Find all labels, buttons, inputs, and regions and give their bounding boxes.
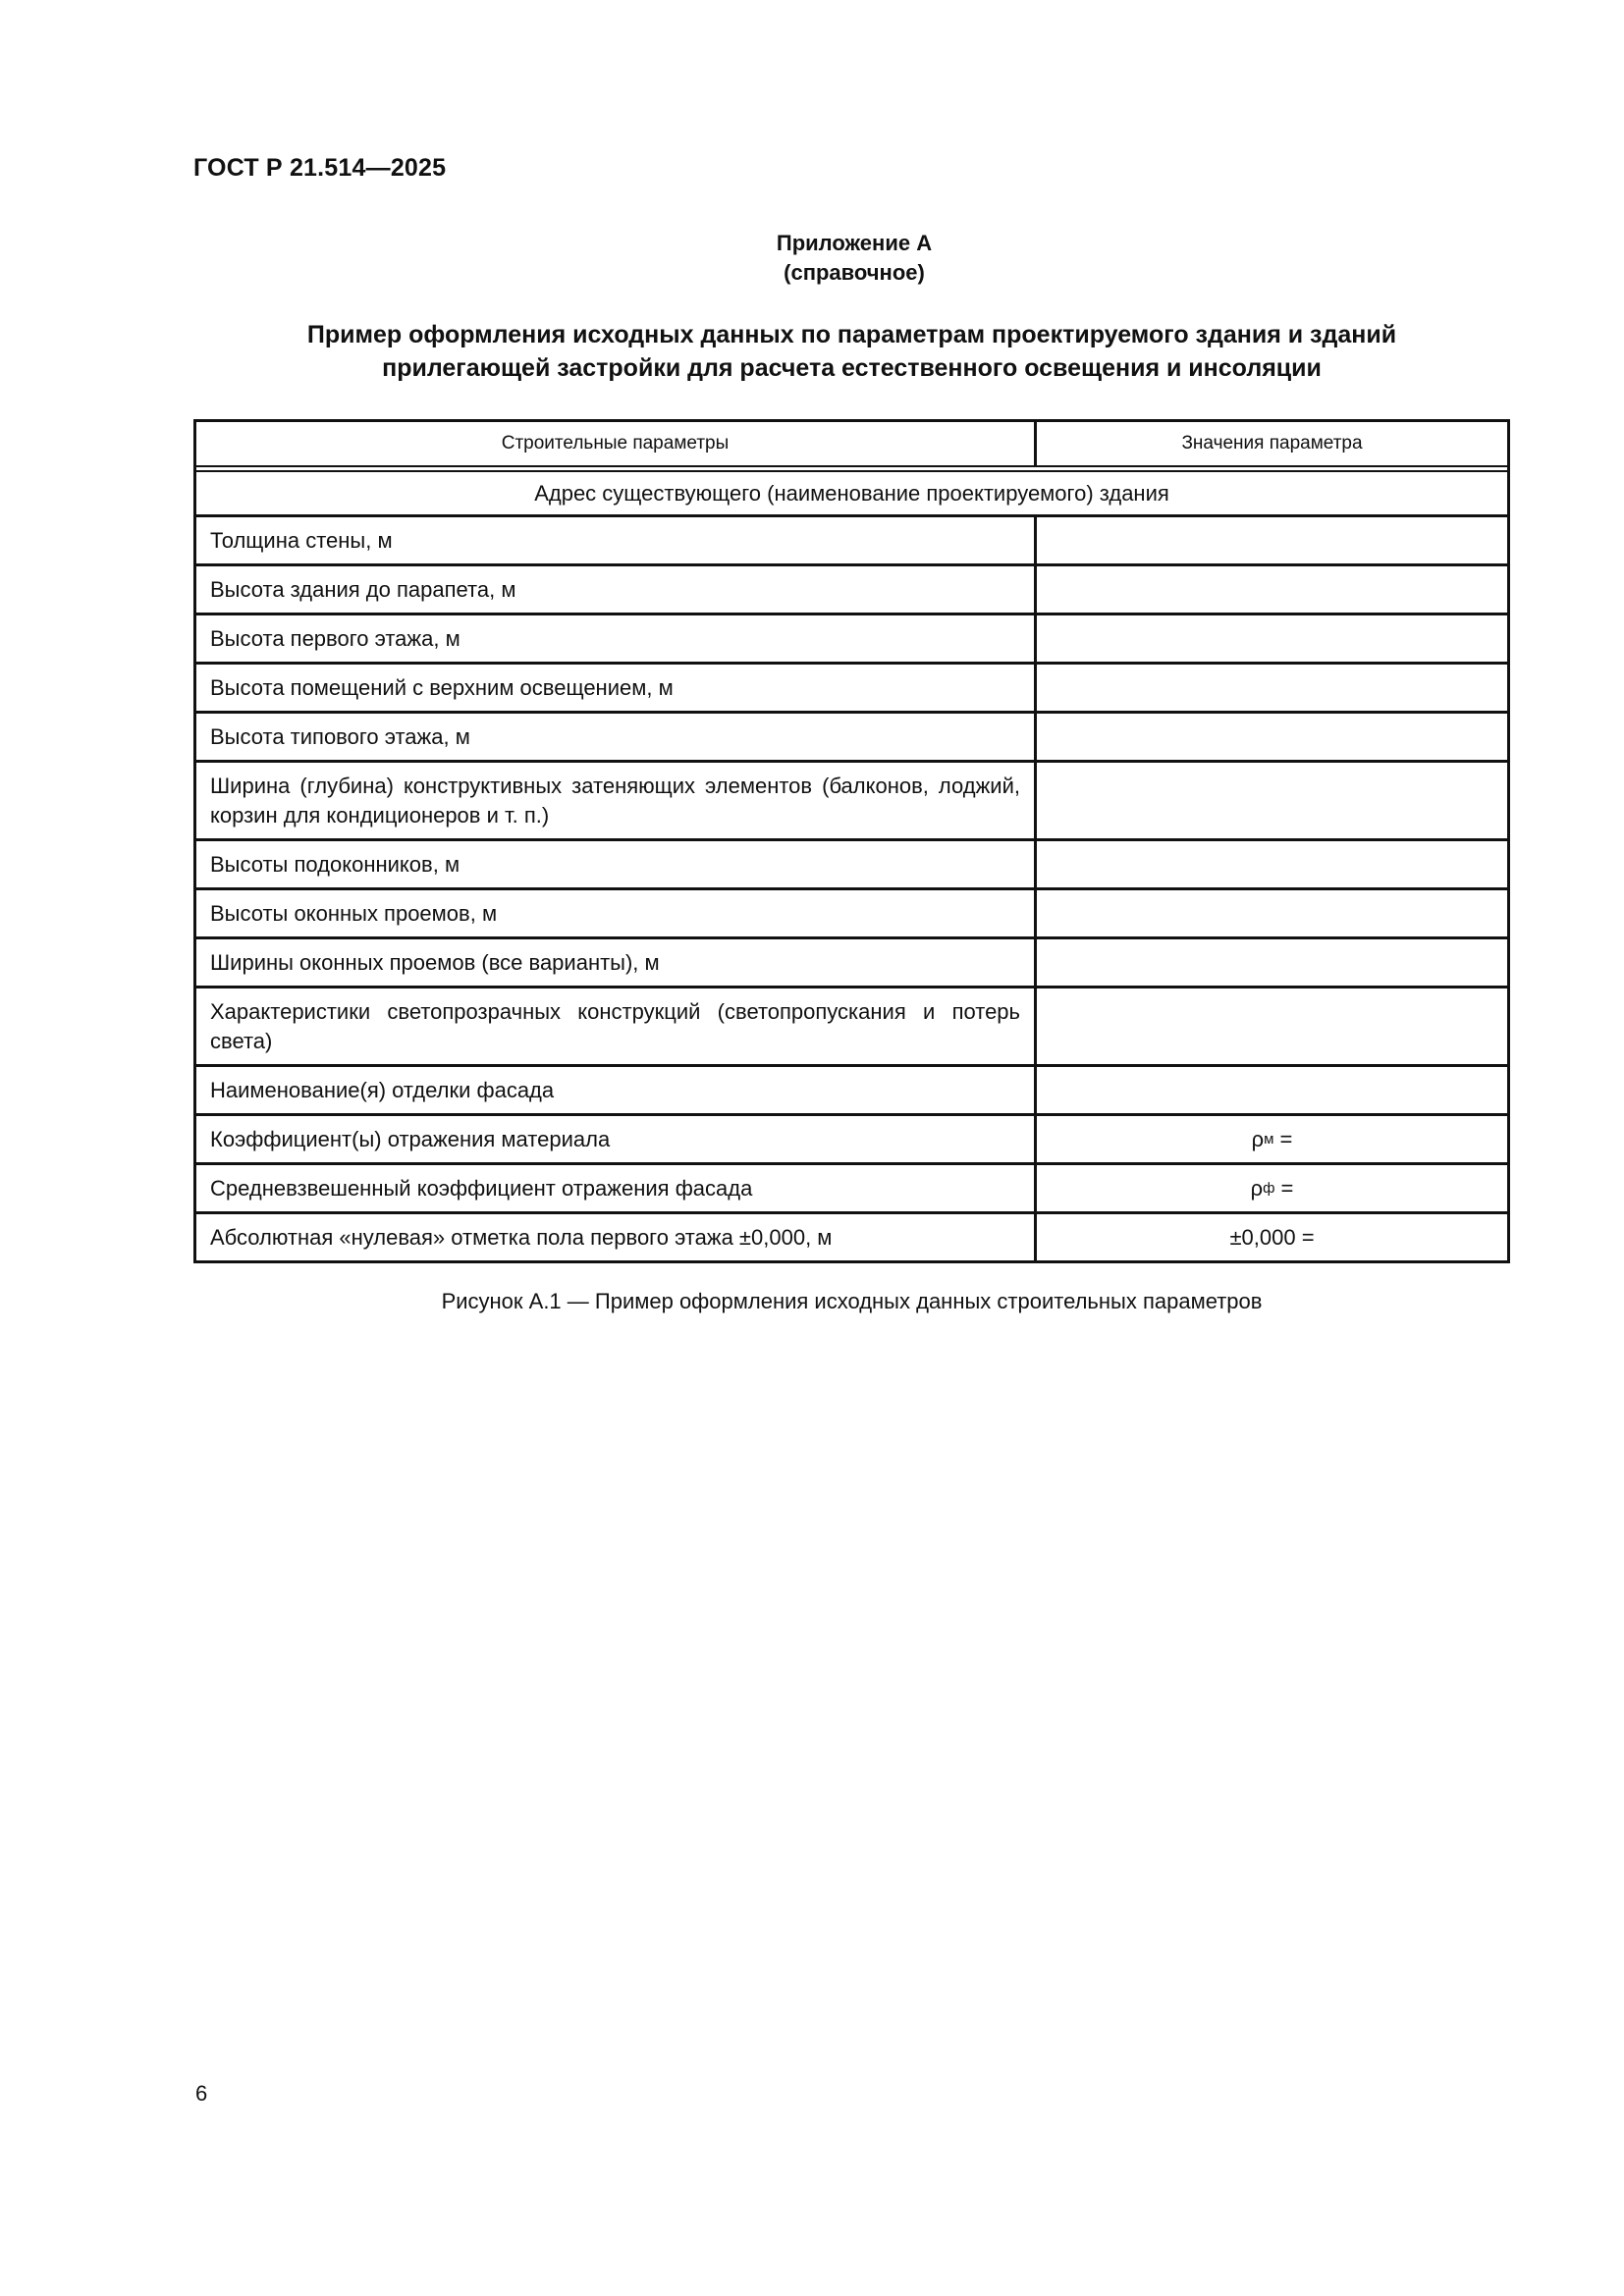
value-cell[interactable]: ρм = — [1037, 1116, 1507, 1162]
parameter-cell: Ширина (глубина) конструктивных затеняющ… — [196, 763, 1037, 838]
parameter-cell: Коэффициент(ы) отражения материала — [196, 1116, 1037, 1162]
appendix-type: (справочное) — [0, 258, 1624, 288]
page-number: 6 — [195, 2081, 207, 2107]
symbol-subscript: ф — [1263, 1174, 1274, 1203]
appendix-label: Приложение А — [0, 229, 1624, 258]
section-title: Пример оформления исходных данных по пар… — [193, 318, 1510, 385]
equals-sign: = — [1273, 1125, 1292, 1154]
value-cell[interactable] — [1037, 1067, 1507, 1113]
value-cell[interactable]: ±0,000 = — [1037, 1214, 1507, 1260]
appendix-heading: Приложение А (справочное) — [0, 229, 1624, 288]
parameter-cell: Высота типового этажа, м — [196, 714, 1037, 760]
parameter-cell: Толщина стены, м — [196, 517, 1037, 563]
value-cell[interactable] — [1037, 939, 1507, 986]
table-row: Высота первого этажа, м — [196, 613, 1507, 662]
parameter-cell: Абсолютная «нулевая» отметка пола первог… — [196, 1214, 1037, 1260]
value-cell[interactable] — [1037, 714, 1507, 760]
address-label: Адрес существующего (наименование проект… — [196, 472, 1507, 514]
parameter-cell: Наименование(я) отделки фасада — [196, 1067, 1037, 1113]
section-title-line-1: Пример оформления исходных данных по пар… — [193, 318, 1510, 351]
value-cell[interactable] — [1037, 890, 1507, 936]
table-header-row: Строительные параметры Значения параметр… — [196, 422, 1507, 465]
value-cell[interactable] — [1037, 763, 1507, 838]
parameter-cell: Высоты оконных проемов, м — [196, 890, 1037, 936]
symbol-subscript: м — [1264, 1125, 1273, 1154]
value-cell[interactable] — [1037, 665, 1507, 711]
parameter-cell: Высота помещений с верхним освещением, м — [196, 665, 1037, 711]
table-row: Высоты оконных проемов, м — [196, 887, 1507, 936]
column-header-values: Значения параметра — [1037, 422, 1507, 465]
value-cell[interactable] — [1037, 615, 1507, 662]
parameter-cell: Средневзвешенный коэффициент отражения ф… — [196, 1165, 1037, 1211]
equals-sign: = — [1274, 1174, 1293, 1203]
table-row: Высоты подоконников, м — [196, 838, 1507, 887]
value-cell[interactable] — [1037, 841, 1507, 887]
parameter-cell: Высота здания до парапета, м — [196, 566, 1037, 613]
table-row: Коэффициент(ы) отражения материалаρм = — [196, 1113, 1507, 1162]
parameter-cell: Характеристики светопрозрачных конструкц… — [196, 988, 1037, 1064]
section-title-line-2: прилегающей застройки для расчета естест… — [193, 351, 1510, 385]
column-header-parameters: Строительные параметры — [196, 422, 1037, 465]
value-cell[interactable] — [1037, 566, 1507, 613]
table-row: Абсолютная «нулевая» отметка пола первог… — [196, 1211, 1507, 1260]
table-row: Высота здания до парапета, м — [196, 563, 1507, 613]
building-parameters-table: Строительные параметры Значения параметр… — [193, 419, 1510, 1263]
value-cell[interactable] — [1037, 517, 1507, 563]
value-cell[interactable] — [1037, 988, 1507, 1064]
table-row: Ширина (глубина) конструктивных затеняющ… — [196, 760, 1507, 838]
table-row: Ширины оконных проемов (все варианты), м — [196, 936, 1507, 986]
parameter-cell: Высоты подоконников, м — [196, 841, 1037, 887]
table-row: Высота типового этажа, м — [196, 711, 1507, 760]
reflection-coefficient-symbol: ρ — [1251, 1174, 1264, 1203]
figure-caption: Рисунок А.1 — Пример оформления исходных… — [193, 1289, 1510, 1314]
table-row: Наименование(я) отделки фасада — [196, 1064, 1507, 1113]
section-row-address: Адрес существующего (наименование проект… — [196, 465, 1507, 514]
value-cell[interactable]: ρф = — [1037, 1165, 1507, 1211]
reflection-coefficient-symbol: ρ — [1252, 1125, 1265, 1154]
table-row: Характеристики светопрозрачных конструкц… — [196, 986, 1507, 1064]
table-row: Средневзвешенный коэффициент отражения ф… — [196, 1162, 1507, 1211]
table-row: Толщина стены, м — [196, 514, 1507, 563]
table-row: Высота помещений с верхним освещением, м — [196, 662, 1507, 711]
parameter-cell: Высота первого этажа, м — [196, 615, 1037, 662]
document-code: ГОСТ Р 21.514—2025 — [193, 154, 446, 183]
parameter-cell: Ширины оконных проемов (все варианты), м — [196, 939, 1037, 986]
